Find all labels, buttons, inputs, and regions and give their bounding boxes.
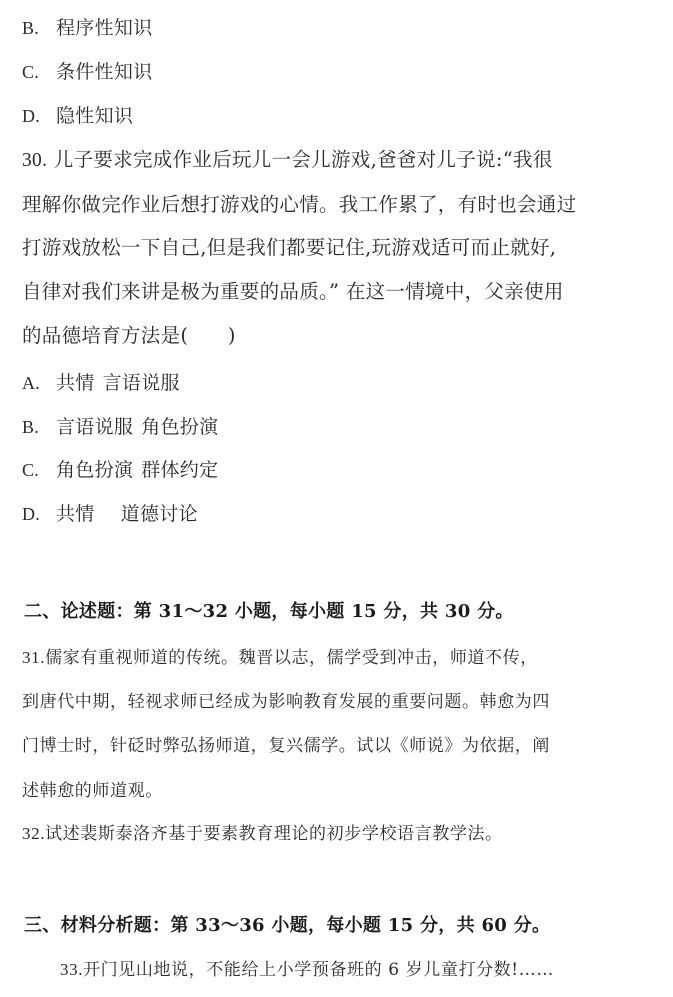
q31-line-2: 到唐代中期，轻视求师已经成为影响教育发展的重要问题。韩愈为四 [22, 689, 550, 715]
option-part: 角色扮演 [141, 416, 218, 438]
q31-line-4: 述韩愈的师道观。 [22, 778, 163, 804]
option-c: C.条件性知识 [22, 59, 153, 85]
option-text: 条件性知识 [56, 61, 153, 83]
q30-option-b: B.言语说服角色扮演 [22, 414, 218, 440]
option-letter: C. [22, 59, 56, 85]
question-text: 儿子要求完成作业后玩儿一会儿游戏,爸爸对儿子说:“我很 [54, 148, 553, 171]
question-text: 开门见山地说，不能给上小学预备班的 6 岁儿童打分数!…… [83, 960, 554, 980]
q32-line: 32.试述裴斯泰洛齐基于要素教育理论的初步学校语言教学法。 [22, 821, 503, 847]
q33-line: 33.开门见山地说，不能给上小学预备班的 6 岁儿童打分数!…… [60, 957, 554, 983]
option-part: 群体约定 [141, 459, 218, 481]
q30-line-5: 的品德培育方法是( ) [22, 323, 236, 349]
section-heading-material-analysis: 三、材料分析题：第 33～36 小题，每小题 15 分，共 60 分。 [24, 913, 550, 939]
option-part: 道德讨论 [121, 503, 198, 525]
option-part: 共情 [56, 503, 95, 525]
question-number: 30. [22, 150, 47, 171]
question-number: 33. [60, 960, 83, 979]
question-number: 32. [22, 824, 45, 843]
q30-option-c: C.角色扮演群体约定 [22, 457, 218, 483]
q30-option-a: A.共情言语说服 [22, 370, 180, 396]
question-text: 试述裴斯泰洛齐基于要素教育理论的初步学校语言教学法。 [45, 824, 503, 844]
option-letter: C. [22, 457, 56, 483]
option-letter: A. [22, 370, 56, 396]
option-part: 角色扮演 [56, 459, 133, 481]
option-part: 共情 [56, 372, 95, 394]
option-letter: D. [22, 103, 56, 129]
section-heading-essay: 二、论述题：第 31～32 小题，每小题 15 分，共 30 分。 [24, 599, 514, 625]
q30-line-1: 30. 儿子要求完成作业后玩儿一会儿游戏,爸爸对儿子说:“我很 [22, 147, 553, 174]
q31-line-3: 门博士时，针砭时弊弘扬师道，复兴儒学。试以《师说》为依据，阐 [22, 733, 550, 759]
option-letter: B. [22, 414, 56, 440]
option-b: B.程序性知识 [22, 15, 153, 41]
option-part: 言语说服 [103, 372, 180, 394]
option-part: 言语说服 [56, 416, 133, 438]
q30-line-4: 自律对我们来讲是极为重要的品质。” 在这一情境中，父亲使用 [22, 279, 564, 305]
q31-line-1: 31.儒家有重视师道的传统。魏晋以志，儒学受到冲击，师道不传， [22, 645, 538, 671]
option-letter: D. [22, 501, 56, 527]
option-d: D.隐性知识 [22, 103, 133, 129]
question-number: 31. [22, 648, 45, 667]
option-text: 程序性知识 [56, 17, 153, 39]
question-text: 儒家有重视师道的传统。魏晋以志，儒学受到冲击，师道不传， [45, 648, 538, 668]
q30-line-2: 理解你做完作业后想打游戏的心情。我工作累了，有时也会通过 [22, 192, 576, 218]
q30-line-3: 打游戏放松一下自己,但是我们都要记住,玩游戏适可而止就好, [22, 235, 556, 261]
option-text: 隐性知识 [56, 105, 133, 127]
q30-option-d: D.共情道德讨论 [22, 501, 198, 527]
option-letter: B. [22, 15, 56, 41]
